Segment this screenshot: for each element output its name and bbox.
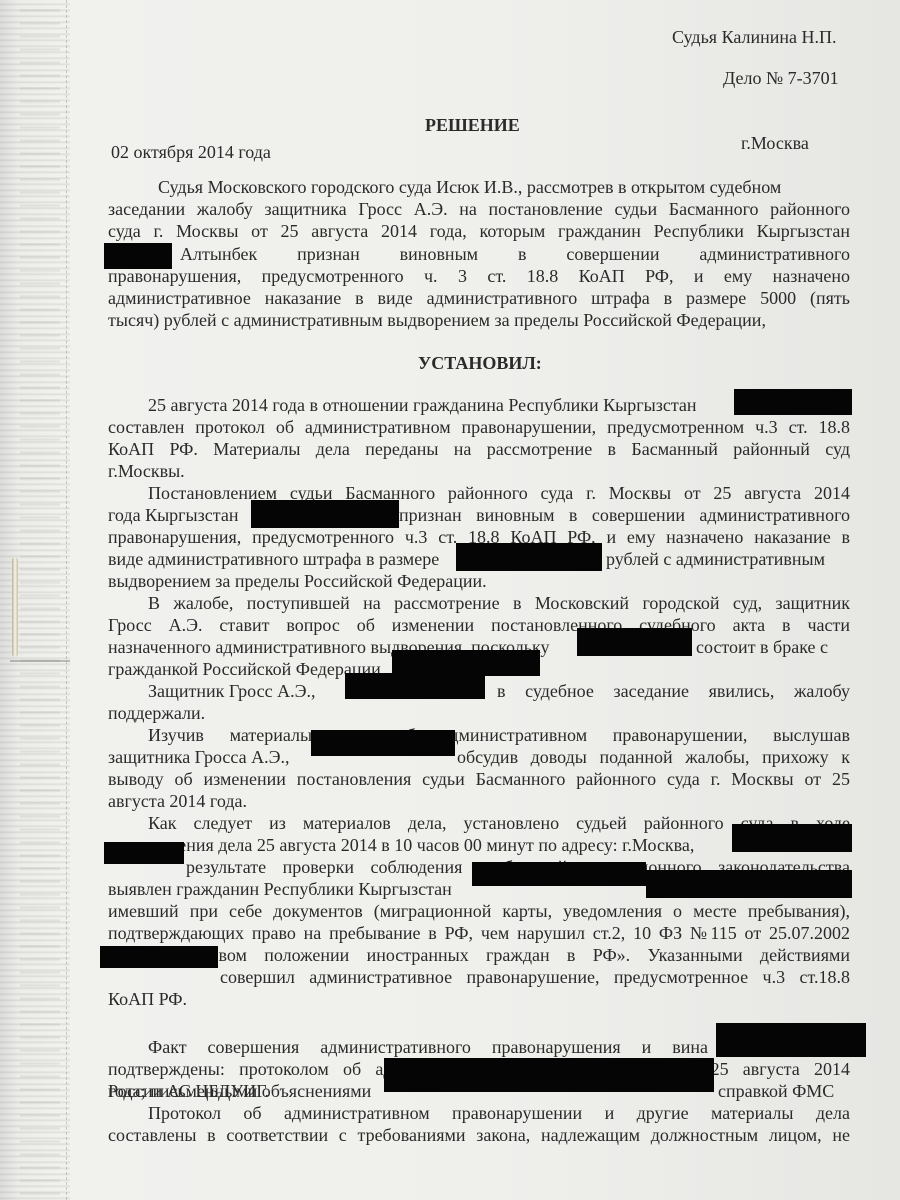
case-number: Дело № 7-3701 [723,68,839,88]
redaction [384,1058,714,1092]
body-line: совершил административное правонарушение… [220,967,850,987]
redaction [646,870,852,898]
intro-line: тысяч) рублей с административным выдворе… [108,310,766,330]
body-line: состоит в браке с [696,637,828,657]
intro-line: Алтынбек признан виновным в совершении а… [180,244,850,264]
body-line: Изучив материалы дела об административно… [148,725,850,745]
body-line: поддержали. [108,703,205,723]
body-line: рассмотрения дела 25 августа 2014 в 10 ч… [108,835,694,855]
body-line: рублей с административным [606,549,825,569]
stacked-page-edges-shadow [20,0,60,1200]
redaction [732,824,852,852]
body-line: обсудив доводы поданной жалобы, прихожу … [457,747,850,767]
binding-fold [66,0,68,1200]
body-line: защитника Гросса А.Э., [108,747,289,767]
body-line: гражданкой Российской Федерации [108,659,381,679]
document-page: Судья Калинина Н.П. Дело № 7-3701 РЕШЕНИ… [0,0,900,1200]
body-line: подтверждающих право на пребывание в РФ,… [108,923,850,943]
body-line: России АС ЦБДУИГ. [108,1081,269,1101]
body-line: виде административного штрафа в размере [108,549,439,569]
body-line: Факт совершения административного правон… [148,1037,708,1057]
section-title: УСТАНОВИЛ: [418,353,542,373]
body-line: Защитник Гросс А.Э., [148,681,315,701]
body-line: г. «О правовом положении иностранных гра… [108,945,850,965]
intro-line: Судья Московского городского суда Исюк И… [158,177,850,197]
body-line: имевший при себе документов (миграционно… [108,901,850,921]
judge-name: Судья Калинина Н.П. [672,27,837,47]
binding-thread [12,557,18,657]
body-line: 25 августа 2014 года в отношении граждан… [148,395,697,415]
document-city: г.Москва [741,133,809,153]
document-title: РЕШЕНИЕ [425,115,520,135]
body-line: КоАП РФ. [108,989,187,1009]
redaction [104,842,184,864]
redaction [456,543,602,571]
body-line: справкой ФМС [718,1081,834,1101]
body-line: г.Москвы. [108,461,185,481]
binding-mark [10,660,70,662]
document-date: 02 октября 2014 года [111,142,271,162]
redaction [100,946,218,968]
redaction [251,500,399,528]
intro-line: административное наказание в виде админи… [108,288,850,308]
body-line: выявлен гражданин Республики Кыргызстан [108,879,452,899]
body-line: августа 2014 года. [108,791,247,811]
body-line: составлен протокол об административном п… [108,417,850,437]
body-line: в судебное заседание явились, жалобу [497,681,850,701]
body-line: Протокол об административном правонаруше… [148,1103,850,1123]
redaction [716,1023,866,1057]
redaction [345,673,485,699]
body-line: Гросс А.Э. ставит вопрос об изменении по… [108,615,850,635]
intro-line: заседании жалобу защитника Гросс А.Э. на… [108,199,850,219]
redaction [577,628,692,656]
redaction [311,730,455,756]
body-line: В жалобе, поступившей на рассмотрение в … [148,593,850,613]
intro-line: суда г. Москвы от 25 августа 2014 года, … [108,221,850,241]
body-line: выдворением за пределы Российской Федера… [108,571,487,591]
body-line: выводу об изменении постановления судьи … [108,769,850,789]
body-line: КоАП РФ. Материалы дела переданы на расс… [108,439,850,459]
body-line: признан виновным в совершении администра… [399,505,850,525]
intro-line: правонарушения, предусмотренного ч. 3 ст… [108,266,850,286]
redaction [734,389,852,415]
redaction [472,862,646,886]
body-line: года Кыргызстан [108,505,238,525]
body-line: составлены в соответствии с требованиями… [108,1125,850,1145]
